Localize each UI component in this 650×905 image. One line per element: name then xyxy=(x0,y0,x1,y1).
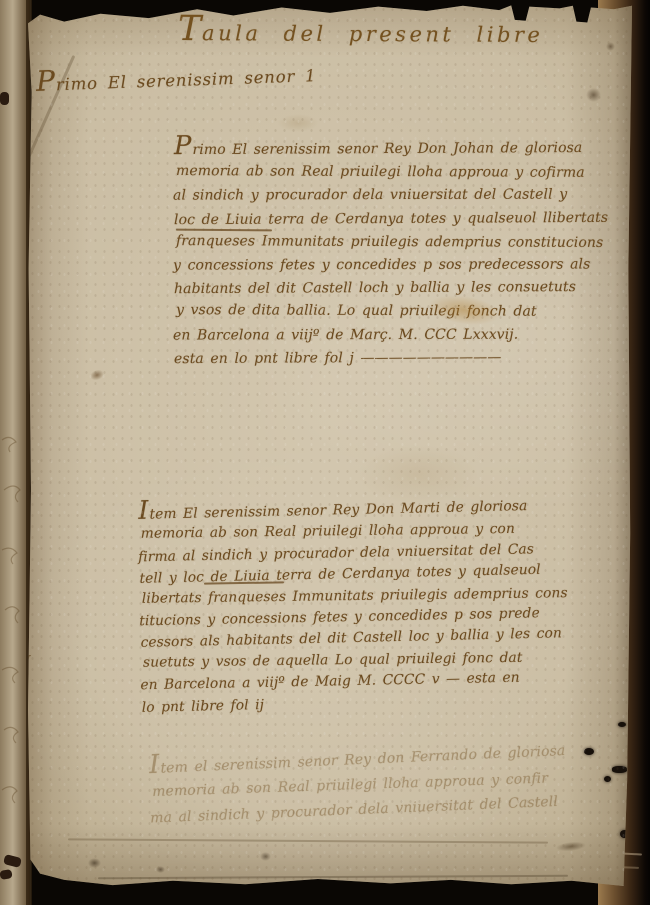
stain xyxy=(260,852,271,861)
index-entry-1: Primo El serenissim senor Rey Don Johan … xyxy=(174,134,608,370)
manuscript-line: franqueses Immunitats priuilegis adempri… xyxy=(176,230,610,255)
manuscript-line: en Barcelona a viijº de Març. M. CCC Lxx… xyxy=(173,323,607,347)
index-entry-3: Item el serenissim senor Rey don Ferrand… xyxy=(149,736,568,831)
stain xyxy=(89,368,106,382)
leather-tie xyxy=(0,92,9,105)
manuscript-photo: Taula del present libre Primo El serenis… xyxy=(0,0,650,905)
stain xyxy=(156,866,165,873)
stain xyxy=(278,114,318,132)
index-entry-2: Item El serenissim senor Rey Don Marti d… xyxy=(138,492,568,717)
parchment-page: Taula del present libre Primo El serenis… xyxy=(28,4,632,886)
page-title: Taula del present libre xyxy=(178,9,544,51)
margin-heading: Primo El serenissim senor 1 xyxy=(36,55,317,98)
manuscript-line: Primo El serenissim senor Rey Don Johan … xyxy=(174,133,608,162)
fold-crease xyxy=(98,875,568,879)
gutter-previous-leaf xyxy=(0,0,32,905)
stain xyxy=(556,840,587,852)
manuscript-line: esta en lo pnt libre fol j —————————— xyxy=(174,346,608,371)
manuscript-line: y concessions fetes y concedides p sos p… xyxy=(173,253,607,277)
worm-hole xyxy=(612,766,627,773)
fold-crease xyxy=(68,838,548,843)
manuscript-line: loc de Liuia terra de Cerdanya totes y q… xyxy=(174,206,608,231)
stain xyxy=(586,88,601,102)
manuscript-line: habitants del dit Castell loch y ballia … xyxy=(174,276,608,301)
worm-hole xyxy=(618,722,626,727)
worm-hole xyxy=(604,776,611,782)
manuscript-line: y vsos de dita ballia. Lo qual priuilegi… xyxy=(176,299,610,324)
stain xyxy=(88,858,101,868)
worm-hole xyxy=(584,748,594,755)
manuscript-line: al sindich y procurador dela vniuersitat… xyxy=(173,184,607,208)
stain xyxy=(606,42,615,51)
manuscript-line: memoria ab son Real priuilegi lloha appr… xyxy=(176,160,610,185)
